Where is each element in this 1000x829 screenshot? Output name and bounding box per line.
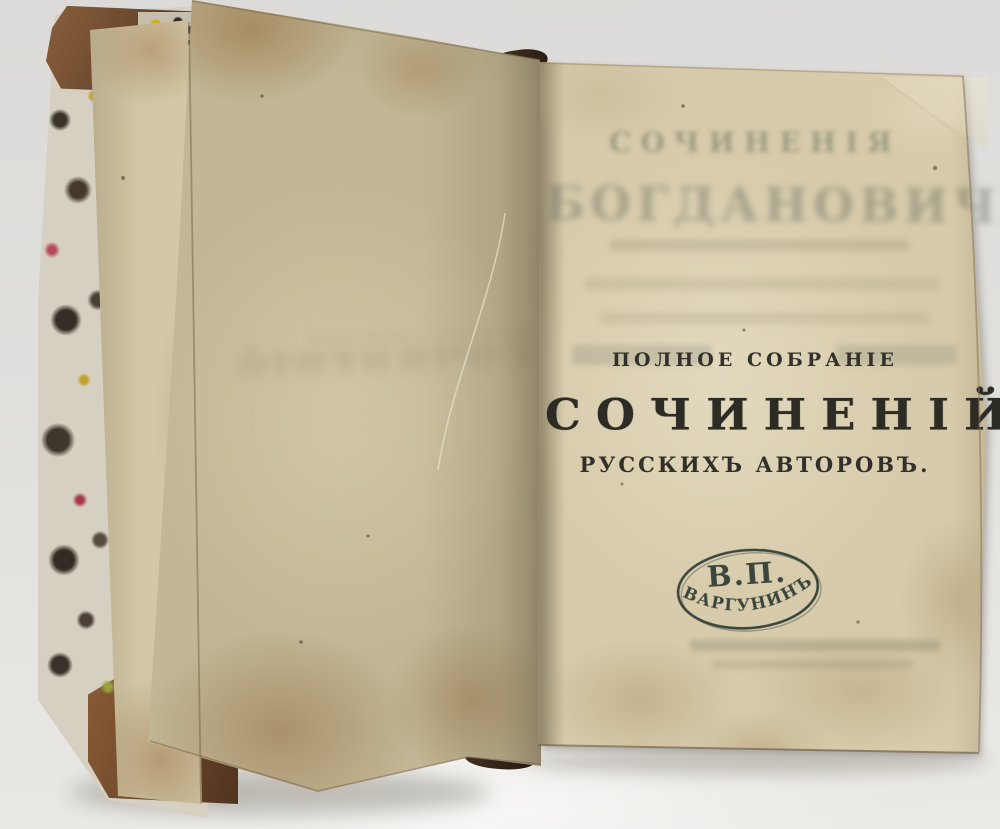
ghost-imprint-line <box>712 660 912 669</box>
ghost-author-name: БОГДАНОВИЧА. <box>545 177 965 235</box>
ghost-series-heading: СОЧИНЕНІЯ <box>545 126 965 159</box>
ghost-smudge <box>610 240 910 251</box>
series-heading: ПОЛНОЕ СОБРАНІЕ <box>545 349 965 371</box>
ghost-smudge <box>600 312 930 324</box>
owner-ink-stamp: В.П. ВАРГУНИНЪ <box>669 541 831 640</box>
ghost-imprint-line <box>690 640 940 651</box>
stamp-initials: В.П. <box>706 554 788 594</box>
photo-of-open-antique-book: ПОЛНОЕ СОБРАНІЕ СОЧИНЕНІЙ РУССКИХЪ АВТОР… <box>0 0 1000 829</box>
ghost-smudge <box>585 278 940 290</box>
main-title: СОЧИНЕНІЙ <box>545 389 975 440</box>
subtitle: РУССКИХЪ АВТОРОВЪ. <box>545 452 965 477</box>
